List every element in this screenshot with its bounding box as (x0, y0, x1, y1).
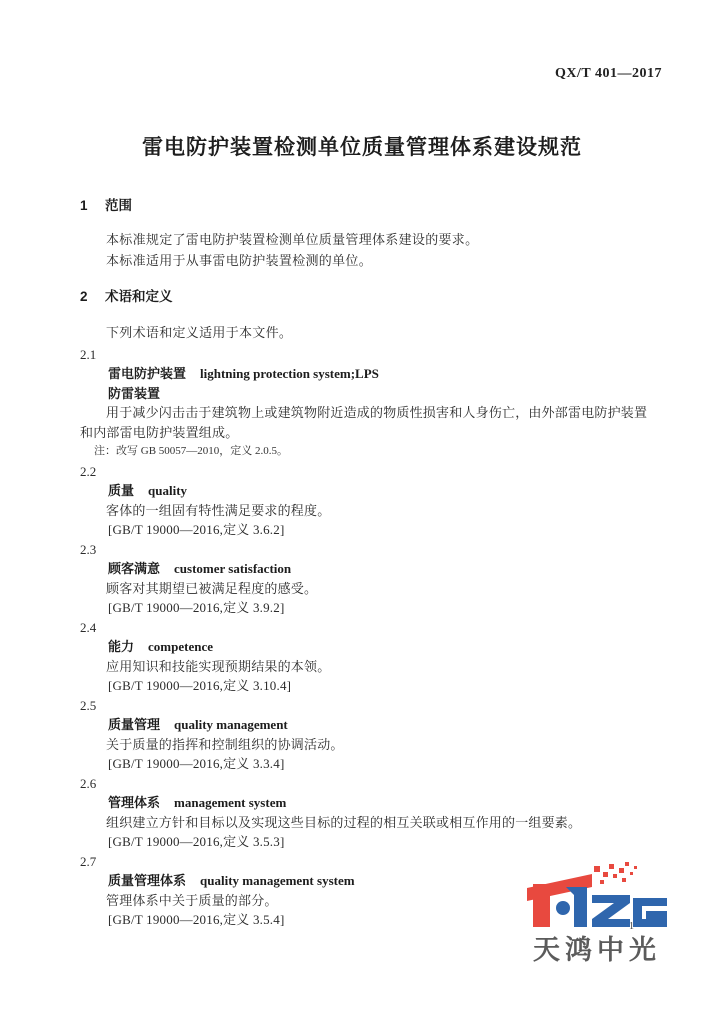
term-entry-2-5: 2.5 质量管理quality management 关于质量的指挥和控制组织的… (80, 696, 654, 774)
term-source: [GB/T 19000—2016,定义 3.10.4] (80, 676, 654, 696)
scope-paragraph: 本标准规定了雷电防护装置检测单位质量管理体系建设的要求。 (80, 230, 654, 251)
term-cn: 质量 (108, 483, 134, 498)
term-en: quality management system (200, 873, 355, 888)
term-definition: 客体的一组固有特性满足要求的程度。 (80, 501, 654, 521)
term-entry-2-6: 2.6 管理体系management system 组织建立方针和目标以及实现这… (80, 774, 654, 852)
company-name: 天鸿中光 (533, 928, 693, 967)
term-cn: 管理体系 (108, 795, 160, 810)
term-source: [GB/T 19000—2016,定义 3.9.2] (80, 598, 654, 618)
term-source: [GB/T 19000—2016,定义 3.5.3] (80, 832, 654, 852)
term-en: competence (148, 639, 213, 654)
section-number: 1 (80, 196, 105, 216)
term-title: 雷电防护装置lightning protection system;LPS (80, 364, 654, 384)
term-definition: 用于减少闪击击于建筑物上或建筑物附近造成的物质性损害和人身伤亡，由外部雷电防护装… (80, 403, 654, 442)
term-source: [GB/T 19000—2016,定义 3.3.4] (80, 754, 654, 774)
document-body: 1范围 本标准规定了雷电防护装置检测单位质量管理体系建设的要求。 本标准适用于从… (80, 196, 654, 930)
term-en: lightning protection system;LPS (200, 366, 379, 381)
term-entry-2-1: 2.1 雷电防护装置lightning protection system;LP… (80, 345, 654, 462)
term-number: 2.4 (80, 618, 654, 638)
term-entry-2-2: 2.2 质量quality 客体的一组固有特性满足要求的程度。 [GB/T 19… (80, 462, 654, 540)
term-definition: 顾客对其期望已被满足程度的感受。 (80, 579, 654, 599)
term-cn: 雷电防护装置 (108, 366, 186, 381)
term-definition: 应用知识和技能实现预期结果的本领。 (80, 657, 654, 677)
term-cn: 质量管理体系 (108, 873, 186, 888)
section-title: 范围 (105, 198, 132, 213)
term-number: 2.6 (80, 774, 654, 794)
term-entry-2-3: 2.3 顾客满意customer satisfaction 顾客对其期望已被满足… (80, 540, 654, 618)
doc-title: 雷电防护装置检测单位质量管理体系建设规范 (0, 131, 724, 161)
term-cn: 质量管理 (108, 717, 160, 732)
term-number: 2.5 (80, 696, 654, 716)
term-entry-2-4: 2.4 能力competence 应用知识和技能实现预期结果的本领。 [GB/T… (80, 618, 654, 696)
term-alias: 防雷装置 (80, 384, 654, 404)
term-number: 2.2 (80, 462, 654, 482)
term-title: 顾客满意customer satisfaction (80, 559, 654, 579)
terms-intro: 下列术语和定义适用于本文件。 (80, 323, 654, 344)
term-entries: 2.1 雷电防护装置lightning protection system;LP… (80, 345, 654, 930)
term-note: 注：改写 GB 50057—2010，定义 2.0.5。 (80, 442, 654, 462)
term-cn: 能力 (108, 639, 134, 654)
term-source: [GB/T 19000—2016,定义 3.6.2] (80, 520, 654, 540)
section-title: 术语和定义 (105, 289, 173, 304)
section-scope-heading: 1范围 (80, 196, 654, 216)
term-en: quality management (174, 717, 288, 732)
term-cn: 顾客满意 (108, 561, 160, 576)
document-page: QX/T 401—2017 雷电防护装置检测单位质量管理体系建设规范 1范围 本… (0, 0, 724, 1024)
term-en: quality (148, 483, 187, 498)
term-definition: 组织建立方针和目标以及实现这些目标的过程的相互关联或相互作用的一组要素。 (80, 813, 654, 833)
scope-paragraph: 本标准适用于从事雷电防护装置检测的单位。 (80, 251, 654, 272)
term-en: management system (174, 795, 286, 810)
term-number: 2.3 (80, 540, 654, 560)
term-title: 质量管理quality management (80, 715, 654, 735)
section-terms-heading: 2术语和定义 (80, 287, 654, 307)
term-title: 管理体系management system (80, 793, 654, 813)
term-title: 质量quality (80, 481, 654, 501)
term-definition: 关于质量的指挥和控制组织的协调活动。 (80, 735, 654, 755)
term-number: 2.1 (80, 345, 654, 365)
section-number: 2 (80, 287, 105, 307)
standard-code: QX/T 401—2017 (555, 66, 662, 82)
term-en: customer satisfaction (174, 561, 291, 576)
thzg-watermark: 天鸿中光 (510, 862, 690, 962)
term-title: 能力competence (80, 637, 654, 657)
